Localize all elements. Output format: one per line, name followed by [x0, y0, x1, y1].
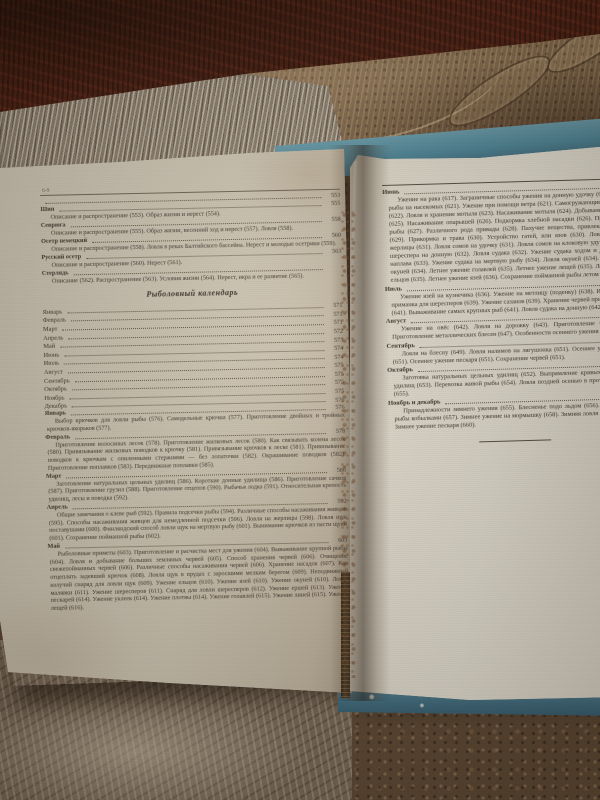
section-end-rule: [479, 439, 551, 442]
toc-entry: Ноябрь и декабрь Принадлежности зимнего …: [388, 392, 600, 431]
month-page: 575: [328, 379, 344, 387]
month-label: Апрель: [43, 334, 63, 341]
month-label: Август: [44, 369, 63, 376]
toc-top-list: 553 Шип 555 Описание и распространение (…: [40, 192, 342, 285]
left-page: 6-9 553 Шип: [0, 140, 375, 700]
toc-entry: Октябрь Заготовка натуральных цельных уд…: [387, 360, 600, 399]
toc-entry-page: 555: [324, 200, 340, 208]
toc-entry-body: Рыболовные приметы (603). Приготовление …: [50, 545, 349, 613]
month-label: Март: [43, 326, 58, 333]
toc-entry-page: 563: [325, 248, 341, 256]
toc-entry-page: 553: [324, 192, 340, 200]
toc-entry-label: Март: [46, 473, 62, 481]
month-label: Ноябрь: [44, 394, 64, 401]
toc-entry-page: 558: [325, 216, 341, 224]
toc-entry-label: Июль: [385, 285, 402, 293]
month-page: 575: [328, 362, 344, 370]
toc-entry-page: 578: [329, 428, 345, 436]
month-label: Май: [43, 343, 55, 350]
right-entries-list: Июнь Ужение на рака (617). Заграничные с…: [382, 182, 600, 431]
month-label: Июнь: [43, 351, 59, 358]
months-list: Январь 571 Февраль 571 Март 571: [42, 301, 344, 410]
right-page: Июнь Ужение на рака (617). Заграничные с…: [340, 135, 600, 720]
month-page: 575: [328, 371, 344, 379]
left-page-text: 6-9 553 Шип: [40, 182, 349, 613]
month-page: 572: [327, 328, 343, 336]
month-label: Октябрь: [44, 386, 67, 393]
photo-of-open-book: 6-9 553 Шип: [0, 0, 600, 800]
toc-entry-label: Февраль: [45, 433, 70, 441]
toc-entry-label: Стерлядь: [42, 269, 69, 277]
toc-entry: Февраль 578 Приготовление волосяных лесо…: [45, 428, 346, 473]
toc-entry-page: 586: [330, 467, 346, 475]
toc-entry-body: Ужение на рака (617). Заграничные способ…: [388, 190, 600, 285]
month-label: Июль: [44, 360, 59, 367]
toc-entry-label: Шип: [40, 206, 54, 214]
month-label: Февраль: [43, 317, 66, 324]
month-label: Январь: [43, 308, 63, 315]
month-label: Сентябрь: [44, 377, 70, 385]
month-page: 573: [327, 336, 343, 344]
toc-entry-page: 560: [325, 232, 341, 240]
toc-entry-label: Сентябрь: [386, 342, 415, 351]
toc-entry: Июнь Ужение на рака (617). Заграничные с…: [382, 182, 600, 285]
month-page: 575: [328, 388, 344, 396]
toc-entry: Июль Ужение язей на кузнечика (636). Уже…: [385, 278, 600, 317]
month-page: 571: [327, 310, 343, 318]
toc-entry: Май 603 Рыболовные приметы (603). Пригот…: [47, 537, 348, 613]
toc-entry: Апрель 592 Общие замечания о клеве рыб (…: [47, 498, 348, 543]
month-page: 574: [327, 345, 343, 353]
right-page-text: Июнь Ужение на рака (617). Заграничные с…: [382, 178, 600, 444]
calendar-heading: Рыболовный календарь: [42, 286, 342, 301]
month-page: 574: [328, 353, 344, 361]
page-block-edge: [341, 572, 350, 698]
calendar-entries-list: Январь 576 Выбор крючков для ловли рыбы …: [45, 404, 349, 613]
month-page: 571: [327, 319, 343, 327]
month-page: 571: [326, 302, 342, 310]
